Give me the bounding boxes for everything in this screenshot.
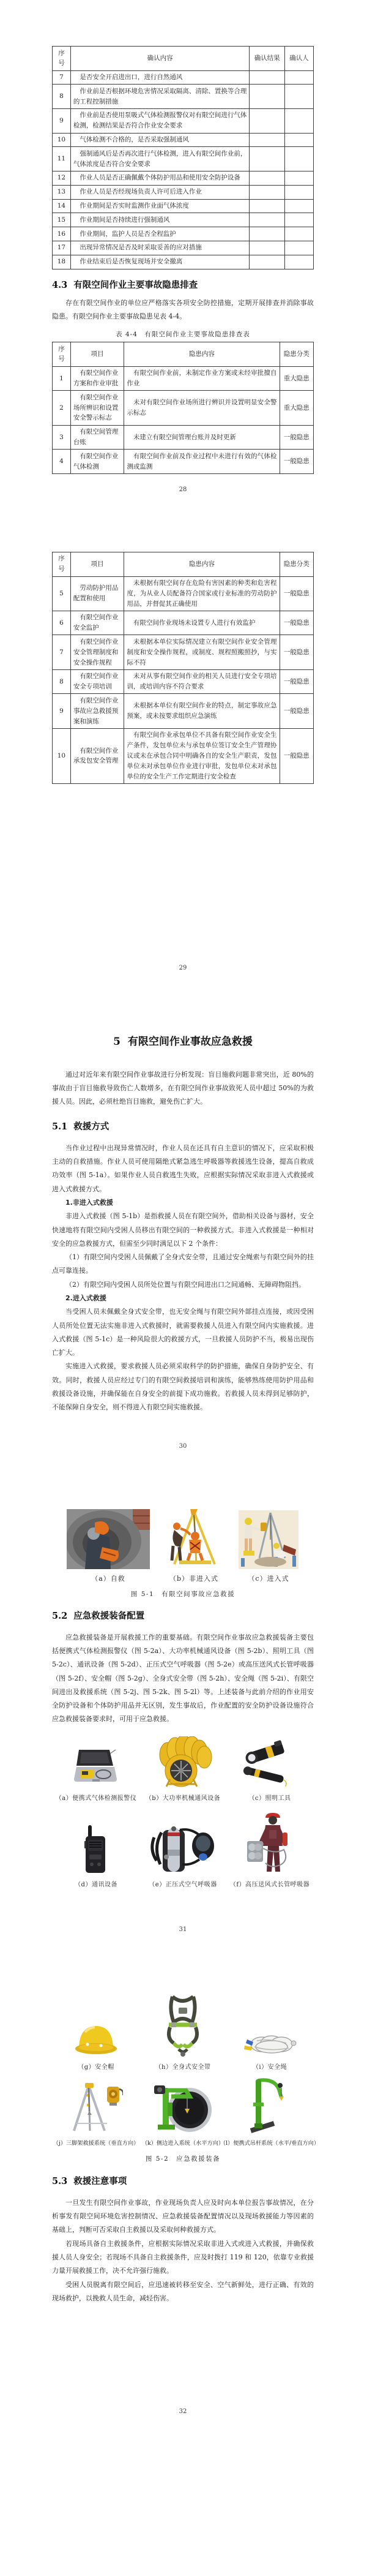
walkie-talkie-image <box>84 1824 108 1875</box>
table-header-row: 序号 确认内容 确认结果 确认人 <box>53 47 314 71</box>
section-5-2-heading: 5.2应急救援装备配置 <box>52 1609 314 1622</box>
col-header-level: 隐患分类 <box>280 552 314 576</box>
row-person <box>285 199 314 213</box>
row-content: 未根据本单位实际情况建立有限空间作业安全管理制度和安全操作规程，或制度、规程照搬… <box>124 635 280 669</box>
row-level: 一般隐患 <box>280 611 314 635</box>
figure-5-2h-caption: （h）全身式安全带 <box>155 2062 211 2071</box>
row-text: 作业前是否使用泵吸式气体检测报警仪对有限空间进行气体检测，检测结果是否符合作业安… <box>70 108 250 133</box>
row-level: 重大隐患 <box>280 391 314 425</box>
row-no: 5 <box>53 576 71 611</box>
figure-5-2g: （g）安全帽 <box>53 1994 139 2071</box>
row-item: 有限空间作业场所辨识和设置安全警示标志 <box>70 391 124 425</box>
row-no: 8 <box>53 669 71 694</box>
table-row: 10有限空间作业承发包安全管理有限空间作业承包单位不具备有限空间作业安全生产条件… <box>53 728 314 783</box>
row-result <box>250 255 285 269</box>
figure-5-2e: （e）正压式空气呼吸器 <box>139 1812 226 1888</box>
row-result <box>250 133 285 147</box>
row-person <box>285 108 314 133</box>
section-title: 救援注意事项 <box>73 2177 127 2186</box>
table-row: 7是否安全开启进出口，进行自然通风 <box>53 70 314 85</box>
table-row: 8作业前是否根据环境危害情况采取隔离、清除、置换等合理的工程控制措施 <box>53 85 314 109</box>
col-header-no: 序号 <box>53 47 71 71</box>
row-level: 一般隐患 <box>280 669 314 694</box>
hazard-table-part2: 序号 项目 隐患内容 隐患分类 5劳动防护用品配置和使用未根据有限空间存在危险有… <box>52 552 314 784</box>
row-level: 一般隐患 <box>280 425 314 450</box>
figure-5-1: （a）自救 <box>52 1508 314 1583</box>
col-header-result: 确认结果 <box>250 47 285 71</box>
row-level: 一般隐患 <box>280 576 314 611</box>
section-4-3-intro: 存在有限空间作业的单位应严格落实各项安全防控措施，定期开展排查并消除事故隐患。有… <box>52 296 314 324</box>
row-result <box>250 185 285 199</box>
row-level: 一般隐患 <box>280 694 314 728</box>
table-row: 17出现异常情况是否及时采取妥善的应对措施 <box>53 241 314 255</box>
row-no: 2 <box>53 391 71 425</box>
side-entry-system-image <box>149 2082 217 2134</box>
row-level: 重大隐患 <box>280 366 314 391</box>
row-person <box>285 171 314 185</box>
row-item: 有限空间作业安全专项培训 <box>70 669 124 694</box>
row-no: 13 <box>53 185 71 199</box>
table-row: 7有限空间作业安全管理制度和安全操作规程未根据本单位实际情况建立有限空间作业安全… <box>53 635 314 669</box>
row-result <box>250 241 285 255</box>
table-row: 12作业人员是否正确佩戴个体防护用品和使用安全防护设备 <box>53 171 314 185</box>
row-content: 有限空间作业前，未制定作业方案或未经审批擅自作业 <box>124 366 280 391</box>
page-number-28: 28 <box>52 486 314 493</box>
row-no: 17 <box>53 241 71 255</box>
table-header-row: 序号 项目 隐患内容 隐患分类 <box>53 552 314 576</box>
figure-5-2k-caption: （k）侧边进入系统（水平方向） <box>142 2138 224 2147</box>
row-no: 10 <box>53 728 71 783</box>
row-no: 7 <box>53 70 71 85</box>
entry-rescue-subheading: 2.进入式救援 <box>52 1292 314 1305</box>
row-text: 作业人员是否经现场负责人许可后进入作业 <box>70 185 250 199</box>
figure-5-1a: （a）自救 <box>67 1508 150 1583</box>
full-body-harness-image <box>160 1995 206 2058</box>
row-no: 12 <box>53 171 71 185</box>
row-text: 作业期间，监护人员是否全程监护 <box>70 227 250 241</box>
figure-5-2f: （f）高压送风式长管呼吸器 <box>226 1812 313 1888</box>
rescue-notes-paragraph-1: 一旦发生有限空间作业事故，作业现场负责人应及时向本单位报告事故情况，在分析事发有… <box>52 2196 314 2237</box>
row-person <box>285 227 314 241</box>
col-header-person: 确认人 <box>285 47 314 71</box>
row-text: 作业前是否根据环境危害情况采取隔离、清除、置换等合理的工程控制措施 <box>70 85 250 109</box>
row-level: 一般隐患 <box>280 635 314 669</box>
non-entry-rescue-paragraph: 非进入式救援（图 5-1b）是指救援人员在有限空间外，借助相关设备与器材，安全快… <box>52 1210 314 1251</box>
figure-5-2b: （b）大功率机械通风设备 <box>139 1735 226 1802</box>
row-item: 有限空间作业承发包安全管理 <box>70 728 124 783</box>
row-no: 6 <box>53 611 71 635</box>
section-5-3-heading: 5.3救援注意事项 <box>52 2174 314 2187</box>
col-header-no: 序号 <box>53 552 71 576</box>
table-row: 2有限空间作业场所辨识和设置安全警示标志未对有限空间作业场所进行辨识并设置明显安… <box>53 391 314 425</box>
table-row: 3有限空间管理台账未建立有限空间管理台账并及时更新一般隐患 <box>53 425 314 450</box>
col-header-no: 序号 <box>53 342 71 367</box>
table-row: 13作业人员是否经现场负责人许可后进入作业 <box>53 185 314 199</box>
table-row: 8有限空间作业安全专项培训未对从事有限空间作业的相关人员进行安全专项培训，或培训… <box>53 669 314 694</box>
section-4-3-heading: 4.3有限空间作业主要事故隐患排查 <box>52 278 314 291</box>
section-number: 5.1 <box>52 1121 67 1132</box>
figure-5-2l: （l）便携式吊杆系统（水平/垂直方向） <box>226 2081 313 2147</box>
page-number-32: 32 <box>52 2408 314 2415</box>
row-no: 15 <box>53 213 71 227</box>
figure-5-1-caption: 图 5-1 有限空间事故应急救援 <box>52 1589 314 1599</box>
table-row: 9有限空间作业事故应急救援预案和演练未根据本单位有限空间作业的特点，制定事故应急… <box>53 694 314 728</box>
figure-5-2i: （i）安全绳 <box>226 1994 313 2071</box>
col-header-content: 确认内容 <box>70 47 250 71</box>
table-row: 18作业结束后是否恢复现场并安全撤离 <box>53 255 314 269</box>
row-item: 有限空间作业事故应急救援预案和演练 <box>70 694 124 728</box>
figure-5-2-row-3: （g）安全帽 （h）全身式安全带 <box>52 1994 314 2071</box>
figure-5-2a-caption: （a）便携式气体检测报警仪 <box>56 1793 136 1802</box>
row-text: 作业结束后是否恢复现场并安全撤离 <box>70 255 250 269</box>
row-person <box>285 133 314 147</box>
flashlight-image <box>242 1739 297 1789</box>
section-title: 救援方式 <box>73 1122 109 1132</box>
scba-image <box>148 1825 218 1875</box>
table-row: 14作业期间是否实时监测作业面气体浓度 <box>53 199 314 213</box>
row-text: 强制通风后是否再次进行气体检测，进入有限空间作业前，气体浓度是否符合安全要求 <box>70 147 250 171</box>
row-no: 1 <box>53 366 71 391</box>
section-number: 4.3 <box>52 280 67 290</box>
row-text: 出现异常情况是否及时采取妥善的应对措施 <box>70 241 250 255</box>
figure-5-2-row-4: （j）三脚架救援系统（垂直方向） （k）侧边进入系统（水平方向 <box>52 2081 314 2147</box>
row-content: 未根据本单位有限空间作业的特点，制定事故应急预案，或未按要求组织应急演练 <box>124 694 280 728</box>
row-person <box>285 185 314 199</box>
row-content: 有限空间作业承包单位不具备有限空间作业安全生产条件，发包单位未与承包单位签订安全… <box>124 728 280 783</box>
ventilation-fan-image <box>149 1736 217 1789</box>
table-row: 15作业期间是否持续进行强制通风 <box>53 213 314 227</box>
figure-5-1b: （b）非进入式 <box>166 1508 222 1583</box>
row-no: 9 <box>53 108 71 133</box>
row-no: 3 <box>53 425 71 450</box>
chapter-5-intro: 通过对近年来有限空间作业事故进行分析发现：盲目施救问题非常突出，近 80%的事故… <box>52 1068 314 1109</box>
row-person <box>285 241 314 255</box>
figure-5-2j-caption: （j）三脚架救援系统（垂直方向） <box>53 2138 139 2147</box>
row-no: 8 <box>53 85 71 109</box>
col-header-level: 隐患分类 <box>280 342 314 367</box>
entry-rescue-paragraph-2: 实施进入式救援，要求救援人员必须采取科学的防护措施，确保自身防护安全、有效。同时… <box>52 1360 314 1414</box>
table-row: 9作业前是否使用泵吸式气体检测报警仪对有限空间进行气体检测，检测结果是否符合作业… <box>53 108 314 133</box>
figure-5-1c: （c）进入式 <box>238 1508 299 1583</box>
section-5-1-heading: 5.1救援方式 <box>52 1120 314 1132</box>
row-no: 4 <box>53 450 71 474</box>
row-result <box>250 227 285 241</box>
figure-5-1b-caption: （b）非进入式 <box>169 1573 218 1583</box>
row-no: 18 <box>53 255 71 269</box>
row-no: 11 <box>53 147 71 171</box>
row-no: 7 <box>53 635 71 669</box>
equipment-paragraph: 应急救援装备是开展救援工作的重要基础。有限空间作业事故应急救援装备主要包括便携式… <box>52 1631 314 1727</box>
section-number: 5.3 <box>52 2176 67 2186</box>
figure-5-2i-caption: （i）安全绳 <box>253 2062 287 2071</box>
row-level: 一般隐患 <box>280 450 314 474</box>
row-content: 有限空间作业现场未设置专人进行有效监护 <box>124 611 280 635</box>
row-content: 未对有限空间作业场所进行辨识并设置明显安全警示标志 <box>124 391 280 425</box>
figure-5-1c-caption: （c）进入式 <box>248 1573 289 1583</box>
figure-5-2b-caption: （b）大功率机械通风设备 <box>146 1793 220 1802</box>
row-item: 劳动防护用品配置和使用 <box>70 576 124 611</box>
gas-detector-image <box>72 1746 120 1789</box>
table-row: 10气体检测不合格的，是否采取强制通风 <box>53 133 314 147</box>
self-rescue-photo <box>67 1509 150 1569</box>
col-header-content: 隐患内容 <box>124 342 280 367</box>
row-item: 有限空间作业安全监护 <box>70 611 124 635</box>
row-content: 未建立有限空间管理台账并及时更新 <box>124 425 280 450</box>
condition-2: （2）有限空间内受困人员所处位置与有限空间进出口之间通畅、无障碍物阻挡。 <box>52 1278 314 1292</box>
hazard-table-part1: 序号 项目 隐患内容 隐患分类 1有限空间作业方案和作业审批有限空间作业前，未制… <box>52 342 314 474</box>
tripod-rescue-system-image <box>69 2082 123 2134</box>
col-header-item: 项目 <box>70 342 124 367</box>
figure-5-2-row-2: （d）通讯设备 （e）正压式空气呼吸器 <box>52 1812 314 1888</box>
document-scan: 序号 确认内容 确认结果 确认人 7是否安全开启进出口，进行自然通风 8作业前是… <box>0 0 367 2576</box>
rescue-notes-paragraph-2: 若现场具备自主救援条件，应根据实际情况采取非进入式或进入式救援，并确保救援人员人… <box>52 2237 314 2278</box>
davit-arm-system-image <box>250 2078 290 2134</box>
chapter-title: 有限空间作业事故应急救援 <box>128 1036 253 1048</box>
section-title: 有限空间作业主要事故隐患排查 <box>73 281 198 290</box>
figure-5-2e-caption: （e）正压式空气呼吸器 <box>149 1879 217 1888</box>
row-content: 未根据有限空间存在危险有害因素的种类和危害程度，为从业人员配备符合国家或行业标准… <box>124 576 280 611</box>
rescue-notes-paragraph-3: 受困人员脱离有限空间后，应迅速被转移至安全、空气新鲜处，进行正确、有效的现场救护… <box>52 2278 314 2306</box>
row-person <box>285 147 314 171</box>
row-text: 作业期间是否持续进行强制通风 <box>70 213 250 227</box>
row-text: 作业期间是否实时监测作业面气体浓度 <box>70 199 250 213</box>
row-level: 一般隐患 <box>280 728 314 783</box>
page-number-31: 31 <box>52 1926 314 1933</box>
row-result <box>250 70 285 85</box>
row-item: 有限空间作业气体检测 <box>70 450 124 474</box>
figure-5-2l-caption: （l）便携式吊杆系统（水平/垂直方向） <box>220 2138 319 2147</box>
figure-5-2d-caption: （d）通讯设备 <box>75 1879 117 1888</box>
table-row: 5劳动防护用品配置和使用未根据有限空间存在危险有害因素的种类和危害程度，为从业人… <box>53 576 314 611</box>
row-result <box>250 171 285 185</box>
row-text: 作业人员是否正确佩戴个体防护用品和使用安全防护设备 <box>70 171 250 185</box>
figure-5-2f-caption: （f）高压送风式长管呼吸器 <box>230 1879 310 1888</box>
chapter-number: 5 <box>113 1036 120 1048</box>
table-row: 4有限空间作业气体检测有限空间作业前及作业过程中未进行有效的气体检测或监测一般隐… <box>53 450 314 474</box>
table-row: 16作业期间，监护人员是否全程监护 <box>53 227 314 241</box>
table-4-4-caption: 表 4-4 有限空间作业主要事故隐患排查表 <box>52 330 314 339</box>
table-row: 6有限空间作业安全监护有限空间作业现场未设置专人进行有效监护一般隐患 <box>53 611 314 635</box>
section-number: 5.2 <box>52 1611 67 1621</box>
page-number-29: 29 <box>52 965 314 971</box>
section-title: 应急救援装备配置 <box>73 1611 144 1621</box>
non-entry-rescue-subheading: 1.非进入式救援 <box>52 1196 314 1210</box>
row-result <box>250 147 285 171</box>
figure-5-2h: （h）全身式安全带 <box>139 1994 226 2071</box>
figure-5-2g-caption: （g）安全帽 <box>78 2062 114 2071</box>
row-content: 有限空间作业前及作业过程中未进行有效的气体检测或监测 <box>124 450 280 474</box>
row-person <box>285 255 314 269</box>
page-number-30: 30 <box>52 1443 314 1450</box>
entry-rescue-paragraph-1: 当受困人员未佩戴全身式安全带，也无安全绳与有限空间外部挂点连接，或因受困人员所处… <box>52 1305 314 1360</box>
col-header-content: 隐患内容 <box>124 552 280 576</box>
row-item: 有限空间管理台账 <box>70 425 124 450</box>
figure-5-1a-caption: （a）自救 <box>91 1573 125 1583</box>
figure-5-2d: （d）通讯设备 <box>53 1812 139 1888</box>
figure-5-2a: （a）便携式气体检测报警仪 <box>53 1735 139 1802</box>
row-no: 14 <box>53 199 71 213</box>
figure-5-2-row-1: （a）便携式气体检测报警仪 <box>52 1735 314 1802</box>
row-item: 有限空间作业方案和作业审批 <box>70 366 124 391</box>
figure-5-2c: （c）照明工具 <box>226 1735 313 1802</box>
row-no: 9 <box>53 694 71 728</box>
row-person <box>285 70 314 85</box>
table-row: 1有限空间作业方案和作业审批有限空间作业前，未制定作业方案或未经审批擅自作业重大… <box>53 366 314 391</box>
row-person <box>285 213 314 227</box>
row-content: 未对从事有限空间作业的相关人员进行安全专项培训，或培训内容不符合要求 <box>124 669 280 694</box>
rescue-modes-paragraph: 当作业过程中出现异常情况时，作业人员在还具有自主意识的情况下，应采取积极主动的自… <box>52 1142 314 1196</box>
row-text: 气体检测不合格的，是否采取强制通风 <box>70 133 250 147</box>
row-text: 是否安全开启进出口，进行自然通风 <box>70 70 250 85</box>
chapter-5-heading: 5有限空间作业事故应急救援 <box>52 1033 314 1048</box>
safety-rope-image <box>241 2032 298 2058</box>
non-entry-rescue-image <box>167 1508 221 1569</box>
row-item: 有限空间作业安全管理制度和安全操作规程 <box>70 635 124 669</box>
row-result <box>250 199 285 213</box>
airline-respirator-image <box>246 1812 294 1875</box>
row-result <box>250 85 285 109</box>
row-person <box>285 85 314 109</box>
figure-5-2k: （k）侧边进入系统（水平方向） <box>139 2081 226 2147</box>
row-no: 16 <box>53 227 71 241</box>
col-header-item: 项目 <box>70 552 124 576</box>
condition-1: （1）有限空间内受困人员佩戴了全身式安全带，且通过安全绳索与有限空间外的挂点可靠… <box>52 1251 314 1278</box>
table-row: 11强制通风后是否再次进行气体检测，进入有限空间作业前，气体浓度是否符合安全要求 <box>53 147 314 171</box>
row-result <box>250 108 285 133</box>
table-header-row: 序号 项目 隐患内容 隐患分类 <box>53 342 314 367</box>
figure-5-2-caption: 图 5-2 应急救援装备 <box>52 2154 314 2163</box>
row-result <box>250 213 285 227</box>
figure-5-2j: （j）三脚架救援系统（垂直方向） <box>53 2081 139 2147</box>
confirmation-checklist-table: 序号 确认内容 确认结果 确认人 7是否安全开启进出口，进行自然通风 8作业前是… <box>52 46 314 269</box>
figure-5-2c-caption: （c）照明工具 <box>248 1793 291 1802</box>
safety-helmet-image <box>72 2020 120 2058</box>
row-no: 10 <box>53 133 71 147</box>
entry-rescue-image <box>239 1510 298 1569</box>
